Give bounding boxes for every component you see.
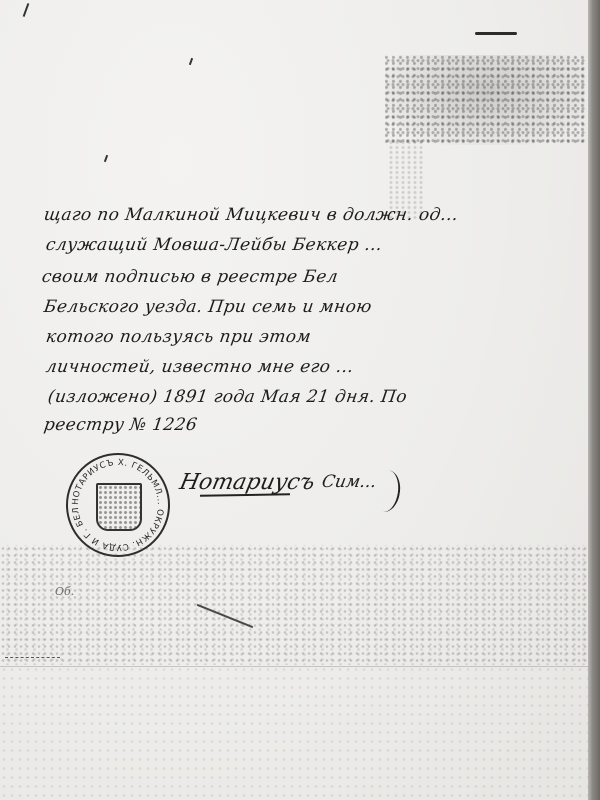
body-line-2: служащий Мовша-Лейбы Беккер ... [45, 235, 384, 255]
signature-underline [200, 493, 290, 497]
body-line-7: (изложено) 1891 года Мая 21 дня. По [47, 387, 409, 407]
body-line-5: котого пользуясь при этом [45, 327, 313, 347]
body-line-3: своим подписью в реестре Бел [41, 267, 340, 287]
coat-of-arms-icon [96, 483, 142, 531]
signature-title: Нотариусъ [177, 470, 317, 495]
speck [189, 58, 193, 65]
speck [104, 155, 108, 162]
toner-smudge [385, 55, 585, 145]
dashed-rule [5, 657, 60, 659]
document-page: щаго по Малкиной Мицкевич в должн. од...… [0, 0, 588, 800]
paper-texture [0, 665, 588, 800]
notary-signature: Сим... [320, 472, 378, 492]
ink-mark [475, 32, 517, 35]
speck [23, 3, 30, 17]
fold-line [0, 666, 588, 667]
body-line-1: щаго по Малкиной Мицкевич в должн. од... [43, 205, 460, 225]
body-line-6: личностей, известно мне его ... [45, 357, 355, 377]
signature-flourish [369, 468, 403, 513]
notary-seal: НОТАРИУСЪ Х. ГЕЛЬМЛ... ОКРУЖН. СУДА И Г.… [66, 453, 170, 557]
faint-note: Об. [55, 585, 74, 598]
body-line-4: Бельского уезда. При семь и мною [43, 297, 374, 317]
register-number-line: реестру № 1226 [43, 415, 199, 435]
bleed-through-text [0, 545, 588, 665]
paper-edge-shadow [588, 0, 600, 800]
